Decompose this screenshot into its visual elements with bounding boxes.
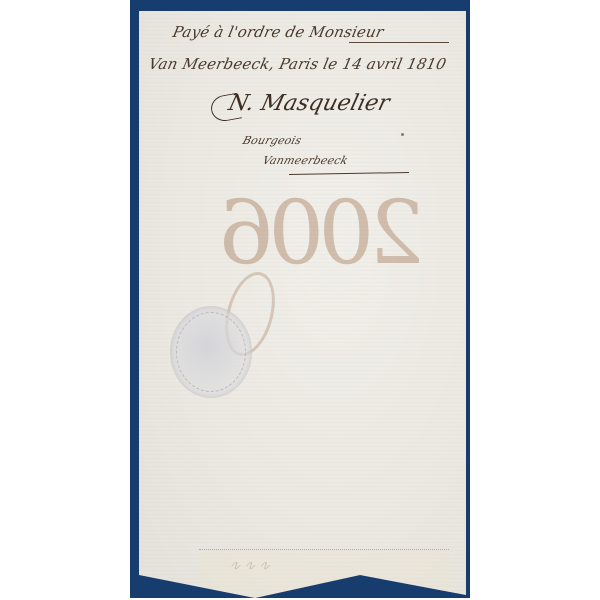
secondary-endorsement-2: Vanmeerbeeck <box>261 154 349 167</box>
bottom-strip-marks: ∿∿∿ <box>226 558 276 574</box>
endorsement-line-2: Van Meerbeeck, Paris le 14 avril 1810 <box>147 55 448 73</box>
signature: N. Masquelier <box>226 91 392 116</box>
endorsement-underline <box>289 172 409 175</box>
bleed-through-numerals: 2006 <box>215 181 433 284</box>
line1-flourish <box>349 42 449 43</box>
endorsement-line-1: Payé à l'ordre de Monsieur <box>171 23 385 41</box>
secondary-endorsement-1: Bourgeois <box>241 134 303 147</box>
embossed-seal-icon <box>170 306 252 398</box>
document-paper: 2006 Payé à l'ordre de Monsieur Van Meer… <box>139 11 466 599</box>
seal-ring <box>176 312 246 392</box>
ink-spot <box>401 133 404 136</box>
